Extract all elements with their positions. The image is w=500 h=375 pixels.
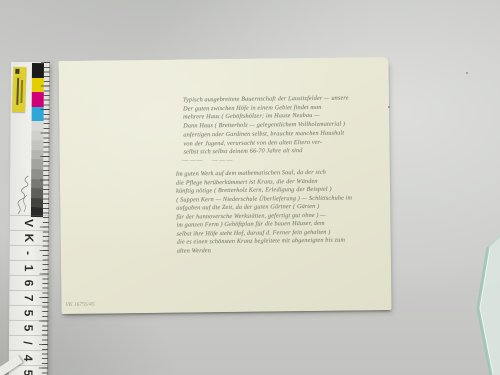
dust-speck <box>466 72 468 74</box>
dust-speck <box>388 106 390 108</box>
archival-photo: Typisch ausgebreitete Bauernschaft der L… <box>0 0 500 375</box>
glass-plate-corner <box>0 0 500 375</box>
